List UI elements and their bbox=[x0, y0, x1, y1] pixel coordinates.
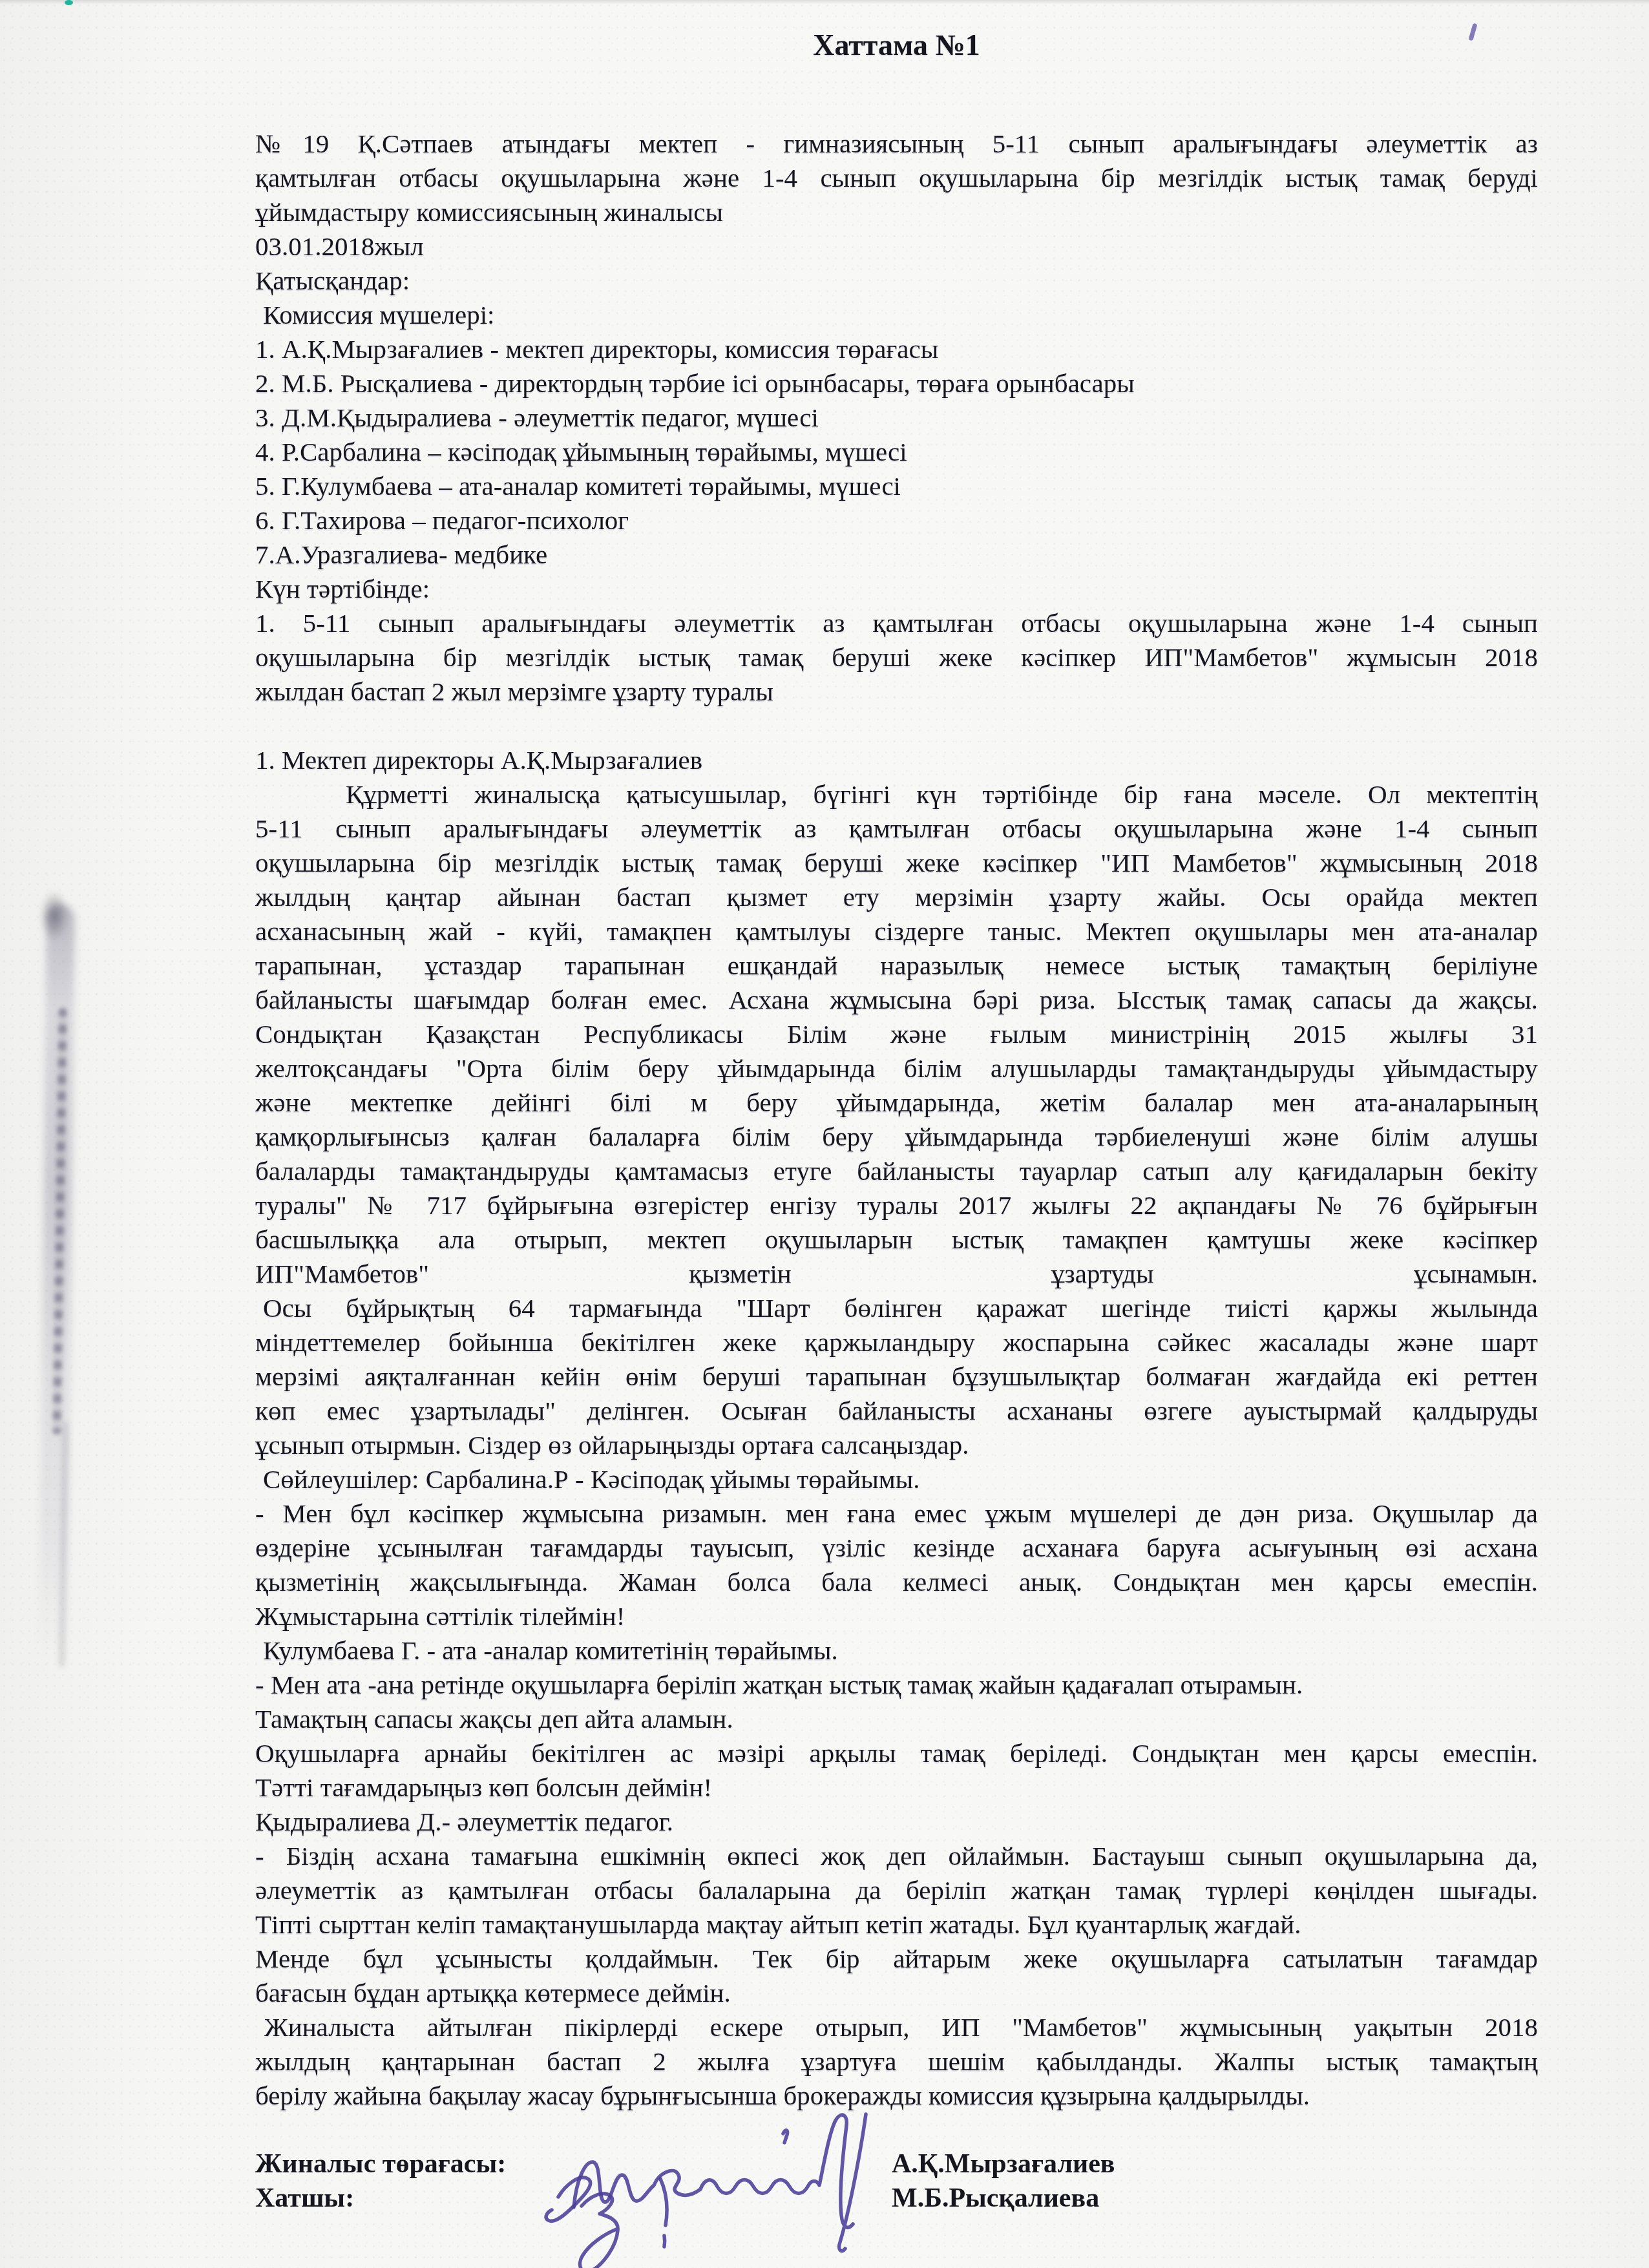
text-line: оқушыларына бір мезгілдік ыстық тамақ бе… bbox=[255, 640, 1538, 675]
scan-speckle-teal-dot bbox=[65, 0, 73, 5]
text-line: 5-11 сынып аралығындағы әлеуметтік аз қа… bbox=[255, 812, 1538, 846]
text-line: Жиналыста айтылған пікірлерді ескере оты… bbox=[255, 2010, 1538, 2044]
text-line: қызметінің жақсылығында. Жаман болса бал… bbox=[255, 1565, 1538, 1599]
text-line: қамқорлығынсыз қалған балаларға білім бе… bbox=[255, 1120, 1538, 1154]
text-line: жылдың қаңтар айынан бастап қызмет ету м… bbox=[255, 880, 1538, 914]
text-line: байланысты шағымдар болған емес. Асхана … bbox=[255, 983, 1538, 1017]
text-line: асханасының жай - күйі, тамақпен қамтылу… bbox=[255, 914, 1538, 949]
text-line: берілу жайына бақылау жасау бұрынғысынша… bbox=[255, 2079, 1538, 2113]
scanned-protocol-page: Хаттама №1 №19 Қ.Сәтпаев атындағы мектеп… bbox=[0, 0, 1649, 2268]
signature-row: Жиналыс төрағасы:А.Қ.Мырзағалиев bbox=[255, 2147, 1538, 2181]
text-line: Құрметті жиналысқа қатысушылар, бүгінгі … bbox=[255, 777, 1538, 812]
text-line: Оқушыларға арнайы бекітілген ас мәзірі а… bbox=[255, 1736, 1538, 1770]
text-line: Тіпті сырттан келіп тамақтанушыларда мақ… bbox=[255, 1907, 1538, 1942]
text-line: - Мен ата -ана ретінде оқушыларға берілі… bbox=[255, 1668, 1538, 1702]
text-line: 6. Г.Тахирова – педагог-психолог bbox=[255, 503, 1538, 538]
text-line: 4. Р.Сарбалина – кәсіподақ ұйымының төра… bbox=[255, 435, 1538, 469]
signature-person-name: М.Б.Рысқалиева bbox=[892, 2181, 1099, 2216]
signature-role-label: Жиналыс төрағасы: bbox=[255, 2149, 506, 2179]
signature-role-label: Хатшы: bbox=[255, 2183, 354, 2213]
text-line: жылдың қаңтарынан бастап 2 жылға ұзартуғ… bbox=[255, 2044, 1538, 2079]
text-line: 03.01.2018жыл bbox=[255, 229, 1538, 264]
scan-top-edge-shading bbox=[0, 0, 1649, 5]
text-line: 1. Мектеп директоры А.Қ.Мырзағалиев bbox=[255, 743, 1538, 777]
text-line: - Мен бұл кәсіпкер жұмысына ризамын. мен… bbox=[255, 1496, 1538, 1531]
document-body: №19 Қ.Сәтпаев атындағы мектеп - гимназия… bbox=[255, 127, 1538, 2216]
text-line: көп емес ұзартылады" делінген. Осыған ба… bbox=[255, 1394, 1538, 1428]
text-line: Тамақтың сапасы жақсы деп айта аламын. bbox=[255, 1702, 1538, 1736]
text-line: әлеуметтік аз қамтылған отбасы балаларын… bbox=[255, 1873, 1538, 1907]
text-line: Кулумбаева Г. - ата -аналар комитетінің … bbox=[255, 1633, 1538, 1668]
text-line: 2. М.Б. Рысқалиева - директордың тәрбие … bbox=[255, 366, 1538, 401]
signature-row: Хатшы:М.Б.Рысқалиева bbox=[255, 2181, 1538, 2216]
text-line: ИП"Мамбетов" қызметін ұзартуды ұсынамын. bbox=[255, 1257, 1538, 1291]
text-line: мерзімі аяқталғаннан кейін өнім беруші т… bbox=[255, 1360, 1538, 1394]
text-line: қамтылған отбасы оқушыларына және 1-4 сы… bbox=[255, 161, 1538, 195]
text-line: 5. Г.Кулумбаева – ата-аналар комитеті тө… bbox=[255, 469, 1538, 503]
text-line: оқушыларына бір мезгілдік ыстық тамақ бе… bbox=[255, 846, 1538, 880]
text-line: №19 Қ.Сәтпаев атындағы мектеп - гимназия… bbox=[255, 127, 1538, 161]
text-line: 3. Д.М.Қыдыралиева - әлеуметтік педагог,… bbox=[255, 401, 1538, 435]
text-line: балаларды тамақтандыруды қамтамасыз етуг… bbox=[255, 1154, 1538, 1188]
text-line: міндеттемелер бойынша бекітілген жеке қа… bbox=[255, 1325, 1538, 1360]
text-line: басшылыққа ала отырып, мектеп оқушыларын… bbox=[255, 1223, 1538, 1257]
text-line: және мектепке дейінгі білі м беру ұйымда… bbox=[255, 1086, 1538, 1120]
text-line: Сөйлеушілер: Сарбалина.Р - Кәсіподақ ұйы… bbox=[255, 1462, 1538, 1496]
text-line: ұйымдастыру комиссиясының жиналысы bbox=[255, 195, 1538, 229]
text-line: 1. А.Қ.Мырзағалиев - мектеп директоры, к… bbox=[255, 332, 1538, 366]
text-line: Комиссия мүшелері: bbox=[255, 298, 1538, 332]
text-line: - Біздің асхана тамағына ешкімнің өкпесі… bbox=[255, 1839, 1538, 1873]
text-line: Сондықтан Қазақстан Республикасы Білім ж… bbox=[255, 1017, 1538, 1051]
text-line: ұсынып отырмын. Сіздер өз ойларыңызды ор… bbox=[255, 1428, 1538, 1462]
text-line: тарапынан, ұстаздар тарапынан ешқандай н… bbox=[255, 949, 1538, 983]
text-line: туралы" № 717 бұйрығына өзгерістер енгіз… bbox=[255, 1188, 1538, 1223]
text-line: 7.А.Уразгалиева- медбике bbox=[255, 538, 1538, 572]
text-line: Менде бұл ұсынысты қолдаймын. Тек бір ай… bbox=[255, 1942, 1538, 1976]
text-line: жылдан бастап 2 жыл мерзімге ұзарту тура… bbox=[255, 675, 1538, 709]
text-line: Қатысқандар: bbox=[255, 264, 1538, 298]
text-line: Осы бұйрықтың 64 тармағында "Шарт бөлінг… bbox=[255, 1291, 1538, 1325]
text-line: 1. 5-11 сынып аралығындағы әлеуметтік аз… bbox=[255, 606, 1538, 640]
text-line: Тәтті тағамдарыңыз көп болсын деймін! bbox=[255, 1770, 1538, 1805]
text-line: өздеріне ұсынылған тағамдарды тауысып, ү… bbox=[255, 1531, 1538, 1565]
text-line: бағасын бұдан артыққа көтермесе деймін. bbox=[255, 1976, 1538, 2010]
text-line: Күн тәртібінде: bbox=[255, 572, 1538, 606]
text-line: Қыдыралиева Д.- әлеуметтік педагог. bbox=[255, 1805, 1538, 1839]
page-title: Хаттама №1 bbox=[255, 26, 1538, 65]
signature-person-name: А.Қ.Мырзағалиев bbox=[892, 2147, 1115, 2181]
text-line: Жұмыстарына сәттілік тілеймін! bbox=[255, 1599, 1538, 1633]
text-line: желтоқсандағы "Орта білім беру ұйымдарын… bbox=[255, 1051, 1538, 1086]
